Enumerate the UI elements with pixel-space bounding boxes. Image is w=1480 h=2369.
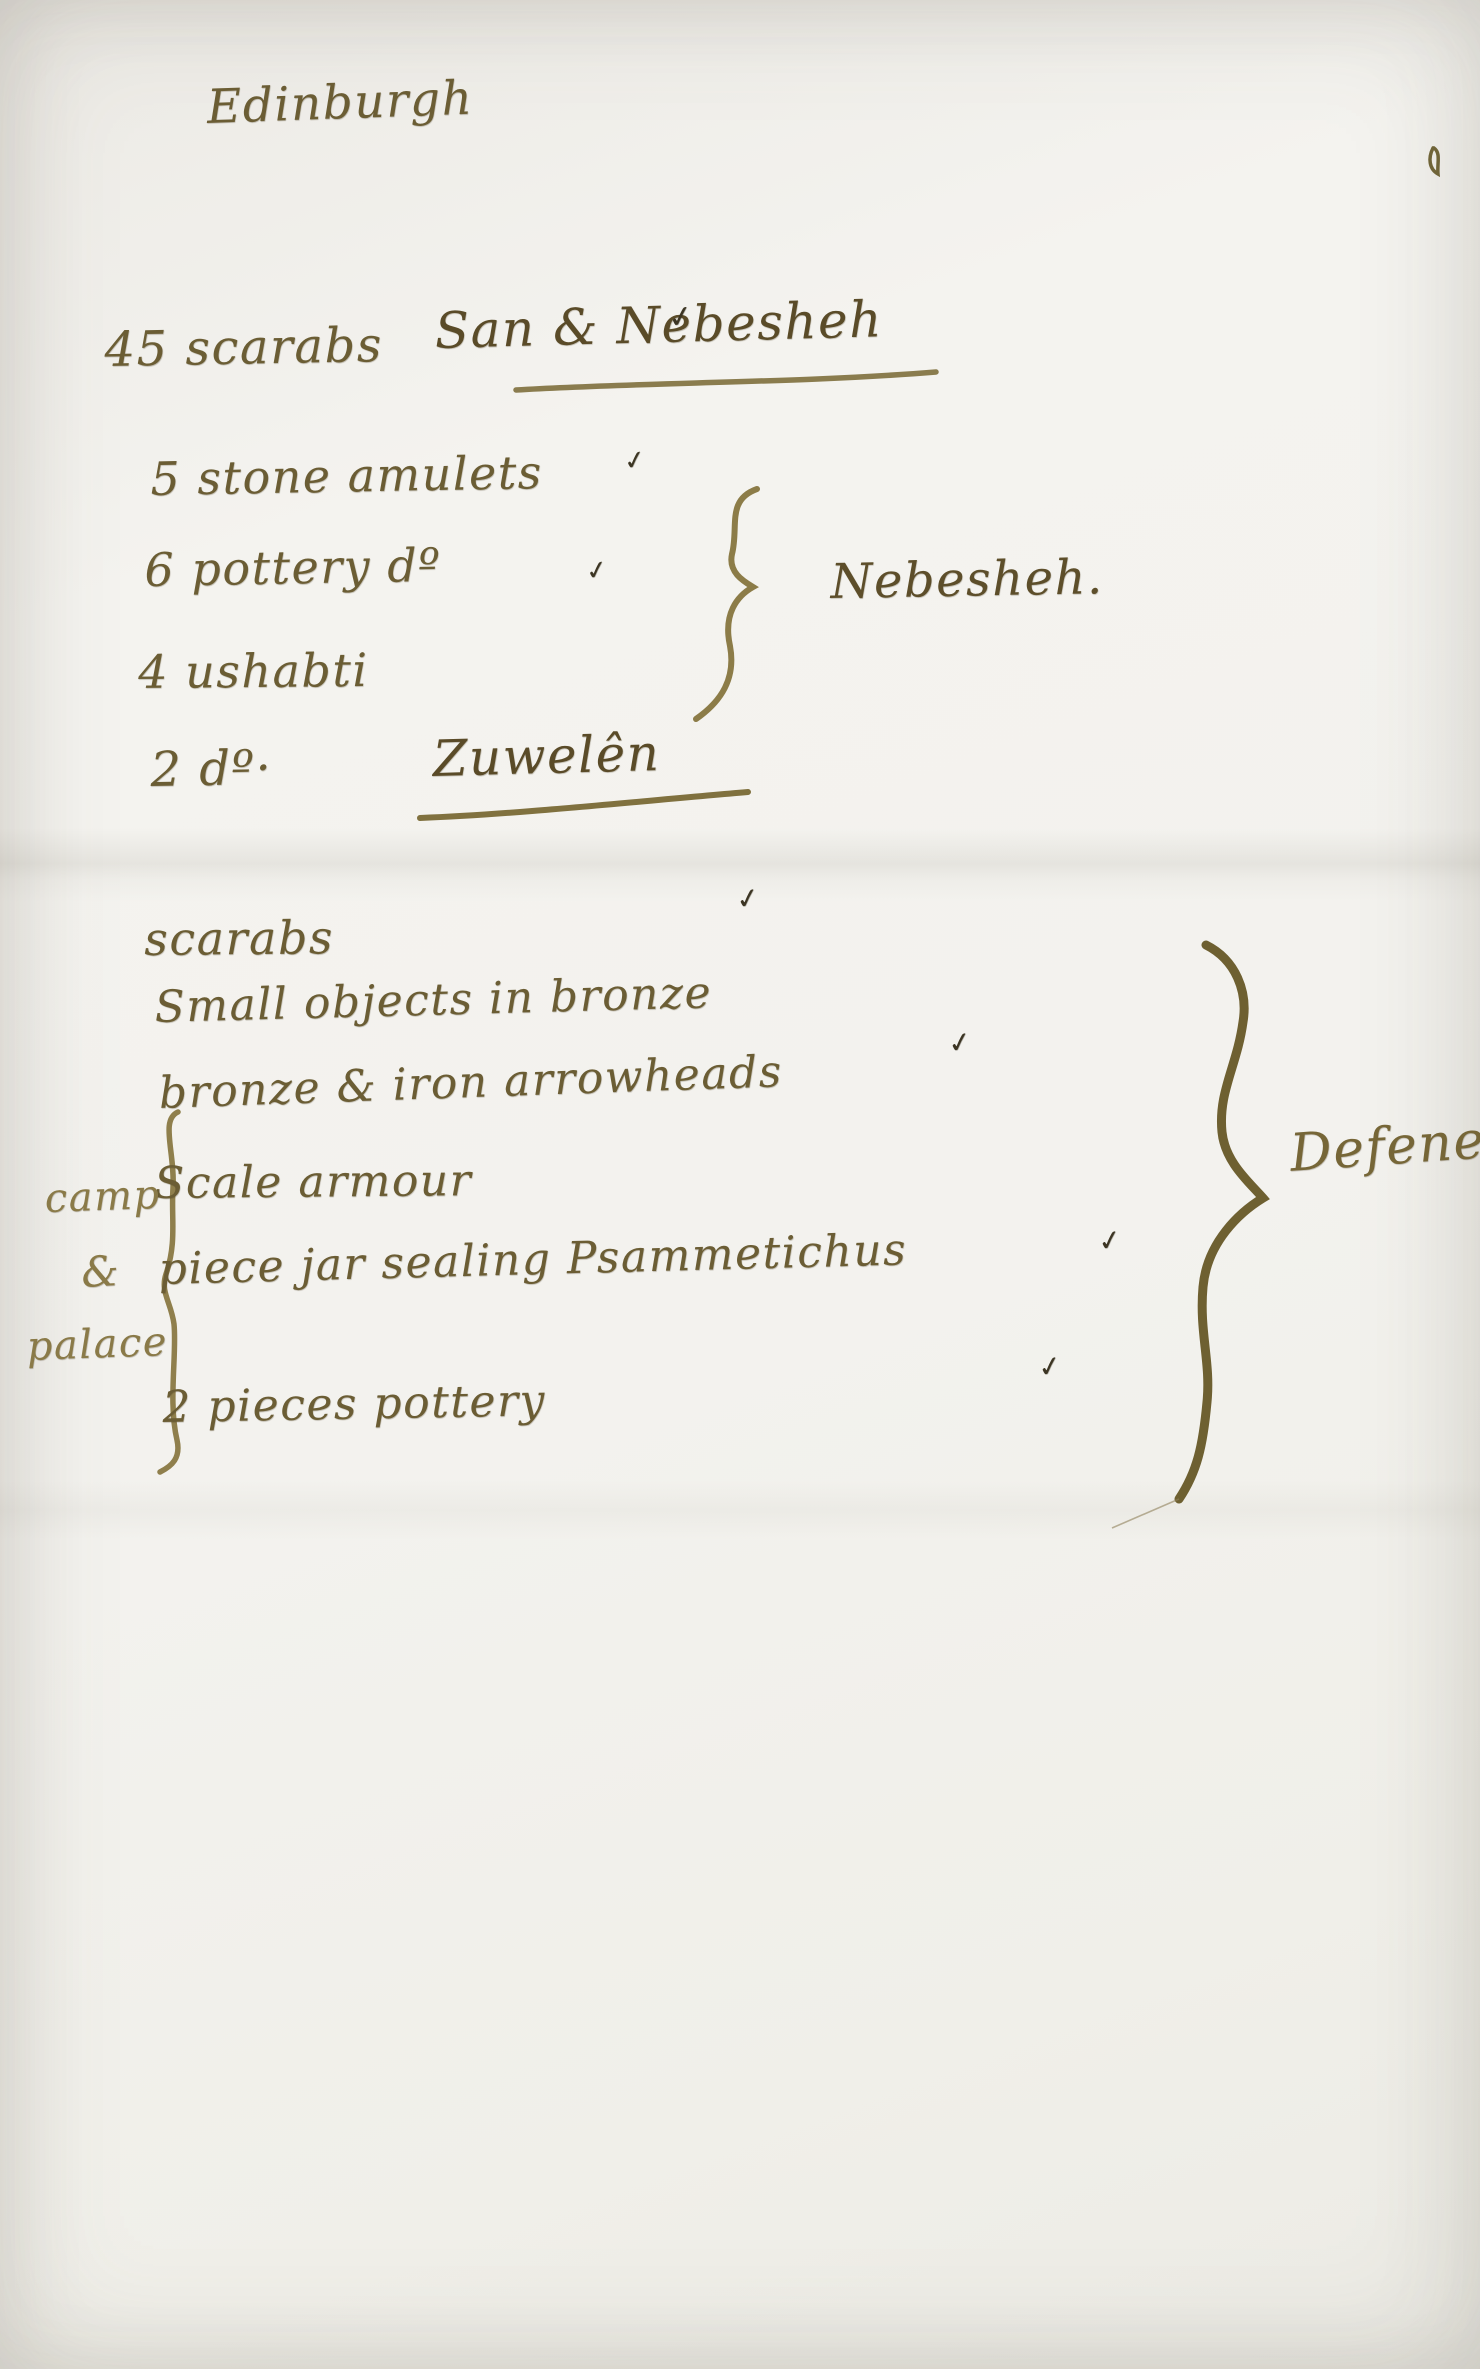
margin-note-connector: & [80,1246,121,1297]
underline-san-nebesheh [516,372,936,390]
list-item-ushabti: 4 ushabti [138,643,369,699]
list-item-scale-armour: Scale armour [154,1155,472,1209]
list-item-pieces-pottery: 2 pieces pottery [162,1375,546,1433]
defeneh-brace [1179,945,1263,1499]
manuscript-page: Edinburgh 45 scarabs San & Nebesheh ✓ 5 … [0,0,1480,2369]
nebesheh-brace [696,489,757,719]
underline-zuwelen [420,792,748,818]
line1-places: San & Nebesheh [434,290,884,360]
line1-prefix: 45 scarabs [104,317,383,378]
margin-note-camp: camp [44,1172,161,1222]
page-title: Edinburgh [206,71,474,135]
list-item-pottery-do: 6 pottery dº [144,538,442,597]
list-item-stone-amulets: 5 stone amulets [150,445,543,506]
list-item-scarabs: scarabs [144,910,334,966]
line2-prefix: 2 dº· [150,740,273,798]
defeneh-brace-tail [1112,1499,1179,1528]
corner-ink-mark [1430,148,1438,174]
line2-place-zuwelen: Zuwelên [432,724,661,788]
margin-note-palace: palace [26,1319,169,1370]
group-label-nebesheh: Nebesheh. [830,549,1104,610]
